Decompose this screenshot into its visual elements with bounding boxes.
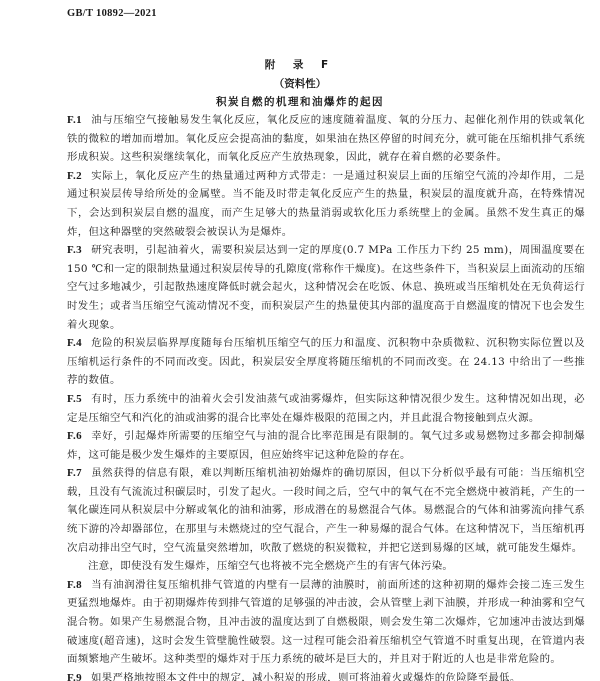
- paragraph-f9: F.9如果严格地按照本文件中的规定，减小积炭的形成，则可将油着火或爆炸的危险降至…: [67, 669, 585, 681]
- clause-number: F.8: [67, 579, 82, 591]
- paragraph-f7: F.7虽然获得的信息有限，难以判断压缩机油初始爆炸的确切原因，但以下分析似乎最有…: [67, 464, 585, 557]
- clause-text: 研究表明，引起油着火，需要积炭层达到一定的厚度(0.7 MPa 工作压力下约 2…: [67, 244, 585, 330]
- paragraph-f1: F.1油与压缩空气接触易发生氧化反应，氧化反应的速度随着温度、氧的分压力、起催化…: [67, 111, 585, 167]
- clause-text: 如果严格地按照本文件中的规定，减小积炭的形成，则可将油着火或爆炸的危险降至最低。: [91, 672, 521, 681]
- clause-text: 虽然获得的信息有限，难以判断压缩机油初始爆炸的确切原因，但以下分析似乎最有可能：…: [67, 467, 585, 553]
- paragraph-note: 注意，即使没有发生爆炸，压缩空气也将被不完全燃烧产生的有害气体污染。: [67, 557, 585, 576]
- note-text: 注意，即使没有发生爆炸，压缩空气也将被不完全燃烧产生的有害气体污染。: [88, 560, 453, 572]
- annex-title: 积炭自燃的机理和油爆炸的起因: [0, 94, 600, 109]
- clause-text: 有时，压力系统中的油着火会引发油蒸气或油雾爆炸，但实际这种情况很少发生。这种情况…: [67, 393, 585, 424]
- clause-text: 实际上，氧化反应产生的热量通过两种方式带走：一是通过积炭层上面的压缩空气流的冷却…: [67, 170, 585, 238]
- paragraph-f5: F.5有时，压力系统中的油着火会引发油蒸气或油雾爆炸，但实际这种情况很少发生。这…: [67, 390, 585, 427]
- standard-id: GB/T 10892—2021: [67, 8, 157, 19]
- clause-number: F.5: [67, 393, 82, 405]
- clause-text: 幸好，引起爆炸所需要的压缩空气与油的混合比率范围是有限制的。氧气过多或易燃物过多…: [67, 430, 585, 461]
- clause-number: F.7: [67, 467, 82, 479]
- annex-type: （资料性）: [0, 76, 600, 91]
- clause-number: F.4: [67, 337, 82, 349]
- clause-number: F.2: [67, 170, 82, 182]
- clause-number: F.9: [67, 672, 82, 681]
- clause-number: F.3: [67, 244, 82, 256]
- clause-text: 当有油润滑往复压缩机排气管道的内壁有一层薄的油膜时，前面所述的这种初期的爆炸会接…: [67, 579, 585, 665]
- annex-label: 附 录 F: [0, 57, 600, 72]
- clause-text: 油与压缩空气接触易发生氧化反应，氧化反应的速度随着温度、氧的分压力、起催化剂作用…: [67, 114, 585, 163]
- paragraph-f6: F.6幸好，引起爆炸所需要的压缩空气与油的混合比率范围是有限制的。氧气过多或易燃…: [67, 427, 585, 464]
- clause-number: F.1: [67, 114, 82, 126]
- paragraph-f2: F.2实际上，氧化反应产生的热量通过两种方式带走：一是通过积炭层上面的压缩空气流…: [67, 167, 585, 241]
- paragraph-f3: F.3研究表明，引起油着火，需要积炭层达到一定的厚度(0.7 MPa 工作压力下…: [67, 241, 585, 334]
- clause-number: F.6: [67, 430, 82, 442]
- paragraph-f8: F.8当有油润滑往复压缩机排气管道的内壁有一层薄的油膜时，前面所述的这种初期的爆…: [67, 576, 585, 669]
- annex-body: F.1油与压缩空气接触易发生氧化反应，氧化反应的速度随着温度、氧的分压力、起催化…: [67, 111, 585, 681]
- paragraph-f4: F.4危险的积炭层临界厚度随每台压缩机压缩空气的压力和温度、沉积物中杂质微粒、沉…: [67, 334, 585, 390]
- clause-text: 危险的积炭层临界厚度随每台压缩机压缩空气的压力和温度、沉积物中杂质微粒、沉积物实…: [67, 337, 585, 386]
